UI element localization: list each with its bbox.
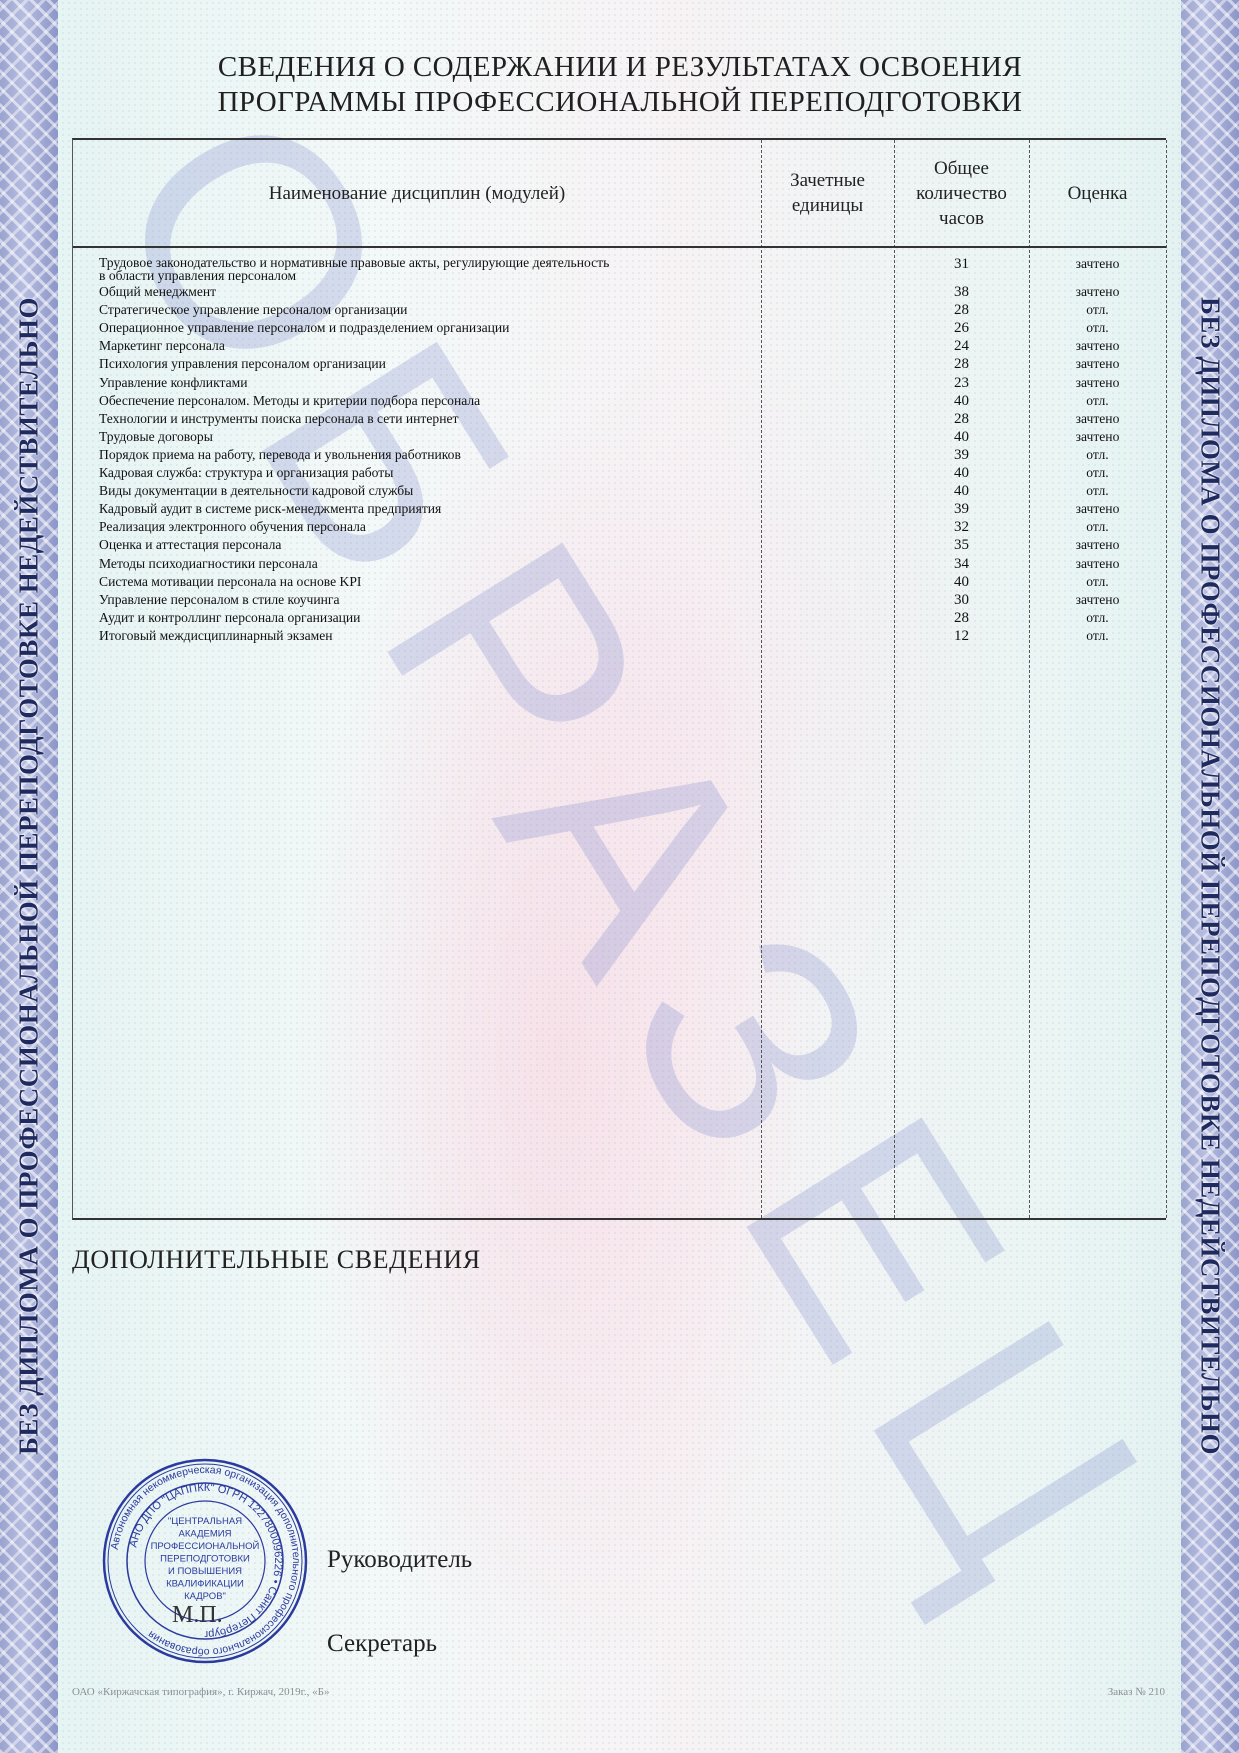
- table-row: Трудовое законодательство и нормативные …: [73, 256, 1166, 282]
- title-line-2: ПРОГРАММЫ ПРОФЕССИОНАЛЬНОЙ ПЕРЕПОДГОТОВК…: [120, 85, 1120, 120]
- credit-units: [761, 256, 894, 282]
- grade: отл.: [1029, 519, 1166, 535]
- right-border-text: БЕЗ ДИПЛОМА О ПРОФЕССИОНАЛЬНОЙ ПЕРЕПОДГО…: [1195, 297, 1226, 1455]
- credit-units: [761, 556, 894, 572]
- discipline-name: Управление конфликтами: [73, 375, 761, 391]
- credit-units: [761, 338, 894, 354]
- grade: отл.: [1029, 574, 1166, 590]
- svg-text:КВАЛИФИКАЦИИ: КВАЛИФИКАЦИИ: [166, 1579, 244, 1590]
- grade: зачтено: [1029, 556, 1166, 572]
- table-row: Маркетинг персонала24зачтено: [73, 338, 1166, 354]
- discipline-name: Оценка и аттестация персонала: [73, 537, 761, 553]
- credit-units: [761, 393, 894, 409]
- header-units-line: единицы: [790, 193, 865, 218]
- left-ornamental-border: БЕЗ ДИПЛОМА О ПРОФЕССИОНАЛЬНОЙ ПЕРЕПОДГО…: [0, 0, 58, 1753]
- table-row: Аудит и контроллинг персонала организаци…: [73, 610, 1166, 626]
- header-hours-line: Общее: [916, 156, 1007, 181]
- table-body: Трудовое законодательство и нормативные …: [73, 256, 1166, 646]
- discipline-name: Трудовые договоры: [73, 429, 761, 445]
- credit-units: [761, 447, 894, 463]
- credit-units: [761, 483, 894, 499]
- disciplines-table: Наименование дисциплин (модулей) Зачетны…: [72, 138, 1166, 1220]
- stamp-seal-icon: Автономная некоммерческая организация до…: [100, 1456, 310, 1666]
- discipline-name: Реализация электронного обучения персона…: [73, 519, 761, 535]
- right-ornamental-border: БЕЗ ДИПЛОМА О ПРОФЕССИОНАЛЬНОЙ ПЕРЕПОДГО…: [1181, 0, 1239, 1753]
- total-hours: 38: [894, 284, 1029, 300]
- total-hours: 34: [894, 556, 1029, 572]
- column-divider: [1166, 140, 1167, 1218]
- discipline-name: Кадровый аудит в системе риск-менеджмент…: [73, 501, 761, 517]
- total-hours: 28: [894, 302, 1029, 318]
- signature-secretary-label: Секретарь: [327, 1630, 437, 1658]
- grade: зачтено: [1029, 537, 1166, 553]
- discipline-name: Итоговый междисциплинарный экзамен: [73, 628, 761, 644]
- credit-units: [761, 302, 894, 318]
- header-credit-units: Зачетные единицы: [761, 140, 894, 246]
- discipline-name: Управление персоналом в стиле коучинга: [73, 592, 761, 608]
- total-hours: 40: [894, 483, 1029, 499]
- order-number: Заказ № 210: [1108, 1686, 1165, 1698]
- discipline-name: Обеспечение персоналом. Методы и критери…: [73, 393, 761, 409]
- credit-units: [761, 320, 894, 336]
- discipline-name: Виды документации в деятельности кадрово…: [73, 483, 761, 499]
- grade: зачтено: [1029, 411, 1166, 427]
- table-row: Виды документации в деятельности кадрово…: [73, 483, 1166, 499]
- table-row: Стратегическое управление персоналом орг…: [73, 302, 1166, 318]
- svg-text:И ПОВЫШЕНИЯ: И ПОВЫШЕНИЯ: [168, 1566, 242, 1577]
- grade: зачтено: [1029, 429, 1166, 445]
- title-line-1: СВЕДЕНИЯ О СОДЕРЖАНИИ И РЕЗУЛЬТАТАХ ОСВО…: [120, 50, 1120, 85]
- page-title: СВЕДЕНИЯ О СОДЕРЖАНИИ И РЕЗУЛЬТАТАХ ОСВО…: [120, 50, 1120, 120]
- credit-units: [761, 501, 894, 517]
- table-row: Реализация электронного обучения персона…: [73, 519, 1166, 535]
- total-hours: 31: [894, 256, 1029, 282]
- table-row: Методы психодиагностики персонала34зачте…: [73, 556, 1166, 572]
- total-hours: 28: [894, 356, 1029, 372]
- table-row: Итоговый междисциплинарный экзамен12отл.: [73, 628, 1166, 644]
- table-row: Психология управления персоналом организ…: [73, 356, 1166, 372]
- total-hours: 40: [894, 429, 1029, 445]
- total-hours: 12: [894, 628, 1029, 644]
- table-row: Операционное управление персоналом и под…: [73, 320, 1166, 336]
- table-row: Управление персоналом в стиле коучинга30…: [73, 592, 1166, 608]
- grade: отл.: [1029, 483, 1166, 499]
- credit-units: [761, 429, 894, 445]
- official-stamp: Автономная некоммерческая организация до…: [100, 1456, 310, 1666]
- total-hours: 30: [894, 592, 1029, 608]
- total-hours: 39: [894, 501, 1029, 517]
- total-hours: 28: [894, 610, 1029, 626]
- discipline-name: Маркетинг персонала: [73, 338, 761, 354]
- discipline-name: Стратегическое управление персоналом орг…: [73, 302, 761, 318]
- svg-text:"ЦЕНТРАЛЬНАЯ: "ЦЕНТРАЛЬНАЯ: [168, 1516, 242, 1527]
- credit-units: [761, 610, 894, 626]
- left-border-text: БЕЗ ДИПЛОМА О ПРОФЕССИОНАЛЬНОЙ ПЕРЕПОДГО…: [14, 297, 45, 1455]
- table-row: Порядок приема на работу, перевода и уво…: [73, 447, 1166, 463]
- header-discipline-name: Наименование дисциплин (модулей): [73, 140, 761, 246]
- header-units-line: Зачетные: [790, 168, 865, 193]
- header-grade: Оценка: [1029, 140, 1166, 246]
- discipline-name: Общий менеджмент: [73, 284, 761, 300]
- printer-imprint: ОАО «Киржачская типография», г. Киржач, …: [72, 1686, 330, 1698]
- credit-units: [761, 356, 894, 372]
- svg-text:АКАДЕМИЯ: АКАДЕМИЯ: [179, 1529, 232, 1540]
- grade: отл.: [1029, 610, 1166, 626]
- table-row: Трудовые договоры40зачтено: [73, 429, 1166, 445]
- table-row: Технологии и инструменты поиска персонал…: [73, 411, 1166, 427]
- grade: зачтено: [1029, 284, 1166, 300]
- grade: зачтено: [1029, 338, 1166, 354]
- table-row: Общий менеджмент38зачтено: [73, 284, 1166, 300]
- credit-units: [761, 284, 894, 300]
- table-row: Кадровый аудит в системе риск-менеджмент…: [73, 501, 1166, 517]
- total-hours: 23: [894, 375, 1029, 391]
- discipline-name: Технологии и инструменты поиска персонал…: [73, 411, 761, 427]
- grade: отл.: [1029, 447, 1166, 463]
- discipline-name: Система мотивации персонала на основе KP…: [73, 574, 761, 590]
- discipline-name: Порядок приема на работу, перевода и уво…: [73, 447, 761, 463]
- total-hours: 39: [894, 447, 1029, 463]
- svg-text:КАДРОВ": КАДРОВ": [184, 1591, 226, 1602]
- table-row: Обеспечение персоналом. Методы и критери…: [73, 393, 1166, 409]
- table-row: Оценка и аттестация персонала35зачтено: [73, 537, 1166, 553]
- total-hours: 28: [894, 411, 1029, 427]
- header-divider: [73, 246, 1166, 248]
- table-row: Кадровая служба: структура и организация…: [73, 465, 1166, 481]
- header-hours-line: количество: [916, 181, 1007, 206]
- credit-units: [761, 592, 894, 608]
- total-hours: 35: [894, 537, 1029, 553]
- credit-units: [761, 574, 894, 590]
- grade: зачтено: [1029, 375, 1166, 391]
- credit-units: [761, 465, 894, 481]
- svg-text:ПЕРЕПОДГОТОВКИ: ПЕРЕПОДГОТОВКИ: [160, 1554, 250, 1565]
- stamp-place-label: М.П.: [172, 1602, 223, 1629]
- grade: отл.: [1029, 628, 1166, 644]
- discipline-name: Психология управления персоналом организ…: [73, 356, 761, 372]
- grade: зачтено: [1029, 356, 1166, 372]
- credit-units: [761, 375, 894, 391]
- total-hours: 26: [894, 320, 1029, 336]
- grade: отл.: [1029, 320, 1166, 336]
- signature-head-label: Руководитель: [327, 1546, 472, 1574]
- svg-text:ПРОФЕССИОНАЛЬНОЙ: ПРОФЕССИОНАЛЬНОЙ: [151, 1540, 260, 1552]
- credit-units: [761, 537, 894, 553]
- discipline-name: Аудит и контроллинг персонала организаци…: [73, 610, 761, 626]
- total-hours: 32: [894, 519, 1029, 535]
- grade: зачтено: [1029, 592, 1166, 608]
- grade: отл.: [1029, 465, 1166, 481]
- discipline-name: Кадровая служба: структура и организация…: [73, 465, 761, 481]
- grade: зачтено: [1029, 501, 1166, 517]
- credit-units: [761, 411, 894, 427]
- grade: зачтено: [1029, 256, 1166, 282]
- discipline-name-line: в области управления персоналом: [99, 269, 761, 282]
- discipline-name: Трудовое законодательство и нормативные …: [73, 256, 761, 282]
- header-total-hours: Общее количество часов: [894, 140, 1029, 246]
- header-hours-line: часов: [916, 206, 1007, 231]
- table-row: Система мотивации персонала на основе KP…: [73, 574, 1166, 590]
- grade: отл.: [1029, 393, 1166, 409]
- table-row: Управление конфликтами23зачтено: [73, 375, 1166, 391]
- total-hours: 24: [894, 338, 1029, 354]
- discipline-name: Операционное управление персоналом и под…: [73, 320, 761, 336]
- credit-units: [761, 628, 894, 644]
- total-hours: 40: [894, 465, 1029, 481]
- discipline-name: Методы психодиагностики персонала: [73, 556, 761, 572]
- total-hours: 40: [894, 574, 1029, 590]
- credit-units: [761, 519, 894, 535]
- total-hours: 40: [894, 393, 1029, 409]
- grade: отл.: [1029, 302, 1166, 318]
- additional-info-heading: ДОПОЛНИТЕЛЬНЫЕ СВЕДЕНИЯ: [72, 1245, 481, 1275]
